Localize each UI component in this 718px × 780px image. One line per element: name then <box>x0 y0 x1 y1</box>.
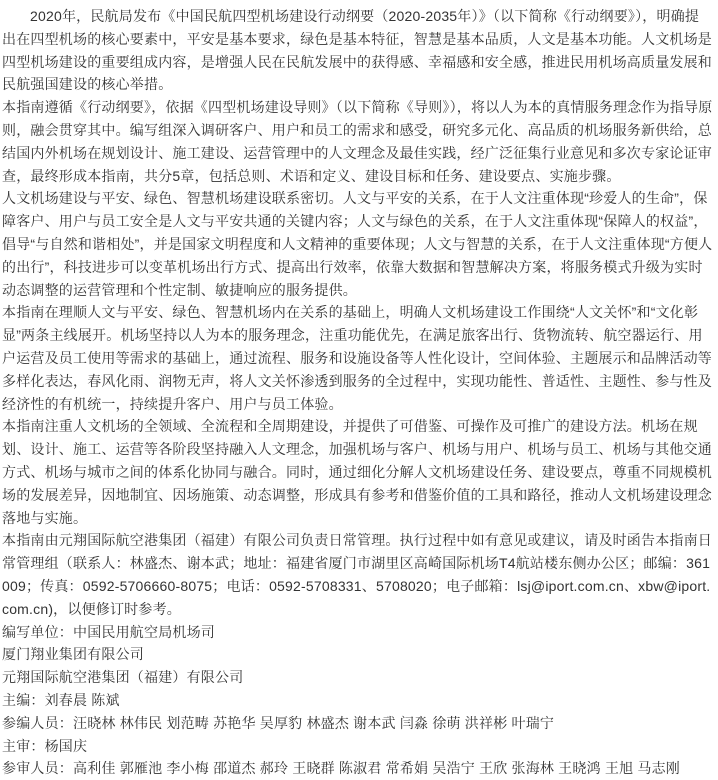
line-reviewers: 参审人员：高利佳 郭雁池 李小梅 邵道杰 郝玲 王晓群 陈淑君 常希娟 吴浩宁 … <box>2 757 713 780</box>
line-compiling-unit: 编写单位：中国民用航空局机场司 <box>2 621 713 644</box>
paragraph-relations: 人文机场建设与平安、绿色、智慧机场建设联系密切。人文与平安的关系，在于人文注重体… <box>2 187 713 301</box>
line-chief-reviewer: 主审：杨国庆 <box>2 735 713 758</box>
paragraph-construction-method: 本指南注重人文机场的全领域、全流程和全周期建设，并提供了可借鉴、可操作及可推广的… <box>2 415 713 529</box>
paragraph-management-contact: 本指南由元翔国际航空港集团（福建）有限公司负责日常管理。执行过程中如有意见或建议… <box>2 529 713 620</box>
line-chief-editors: 主编：刘春晨 陈斌 <box>2 689 713 712</box>
line-xiamen-xiangye-group: 厦门翔业集团有限公司 <box>2 643 713 666</box>
document-page: 2020年，民航局发布《中国民航四型机场建设行动纲要（2020-2035年）》（… <box>0 0 718 780</box>
paragraph-intro: 2020年，民航局发布《中国民航四型机场建设行动纲要（2020-2035年）》（… <box>2 5 713 96</box>
line-contributing-editors: 参编人员：汪晓林 林伟民 划范畴 苏艳华 吴厚豹 林盛杰 谢本武 闫淼 徐萌 洪… <box>2 712 713 735</box>
paragraph-guide-basis: 本指南遵循《行动纲要》，依据《四型机场建设导则》（以下简称《导则》），将以人为本… <box>2 96 713 187</box>
line-yuanxiang-group: 元翔国际航空港集团（福建）有限公司 <box>2 666 713 689</box>
paragraph-two-main-lines: 本指南在理顺人文与平安、绿色、智慧机场内在关系的基础上，明确人文机场建设工作围绕… <box>2 301 713 415</box>
